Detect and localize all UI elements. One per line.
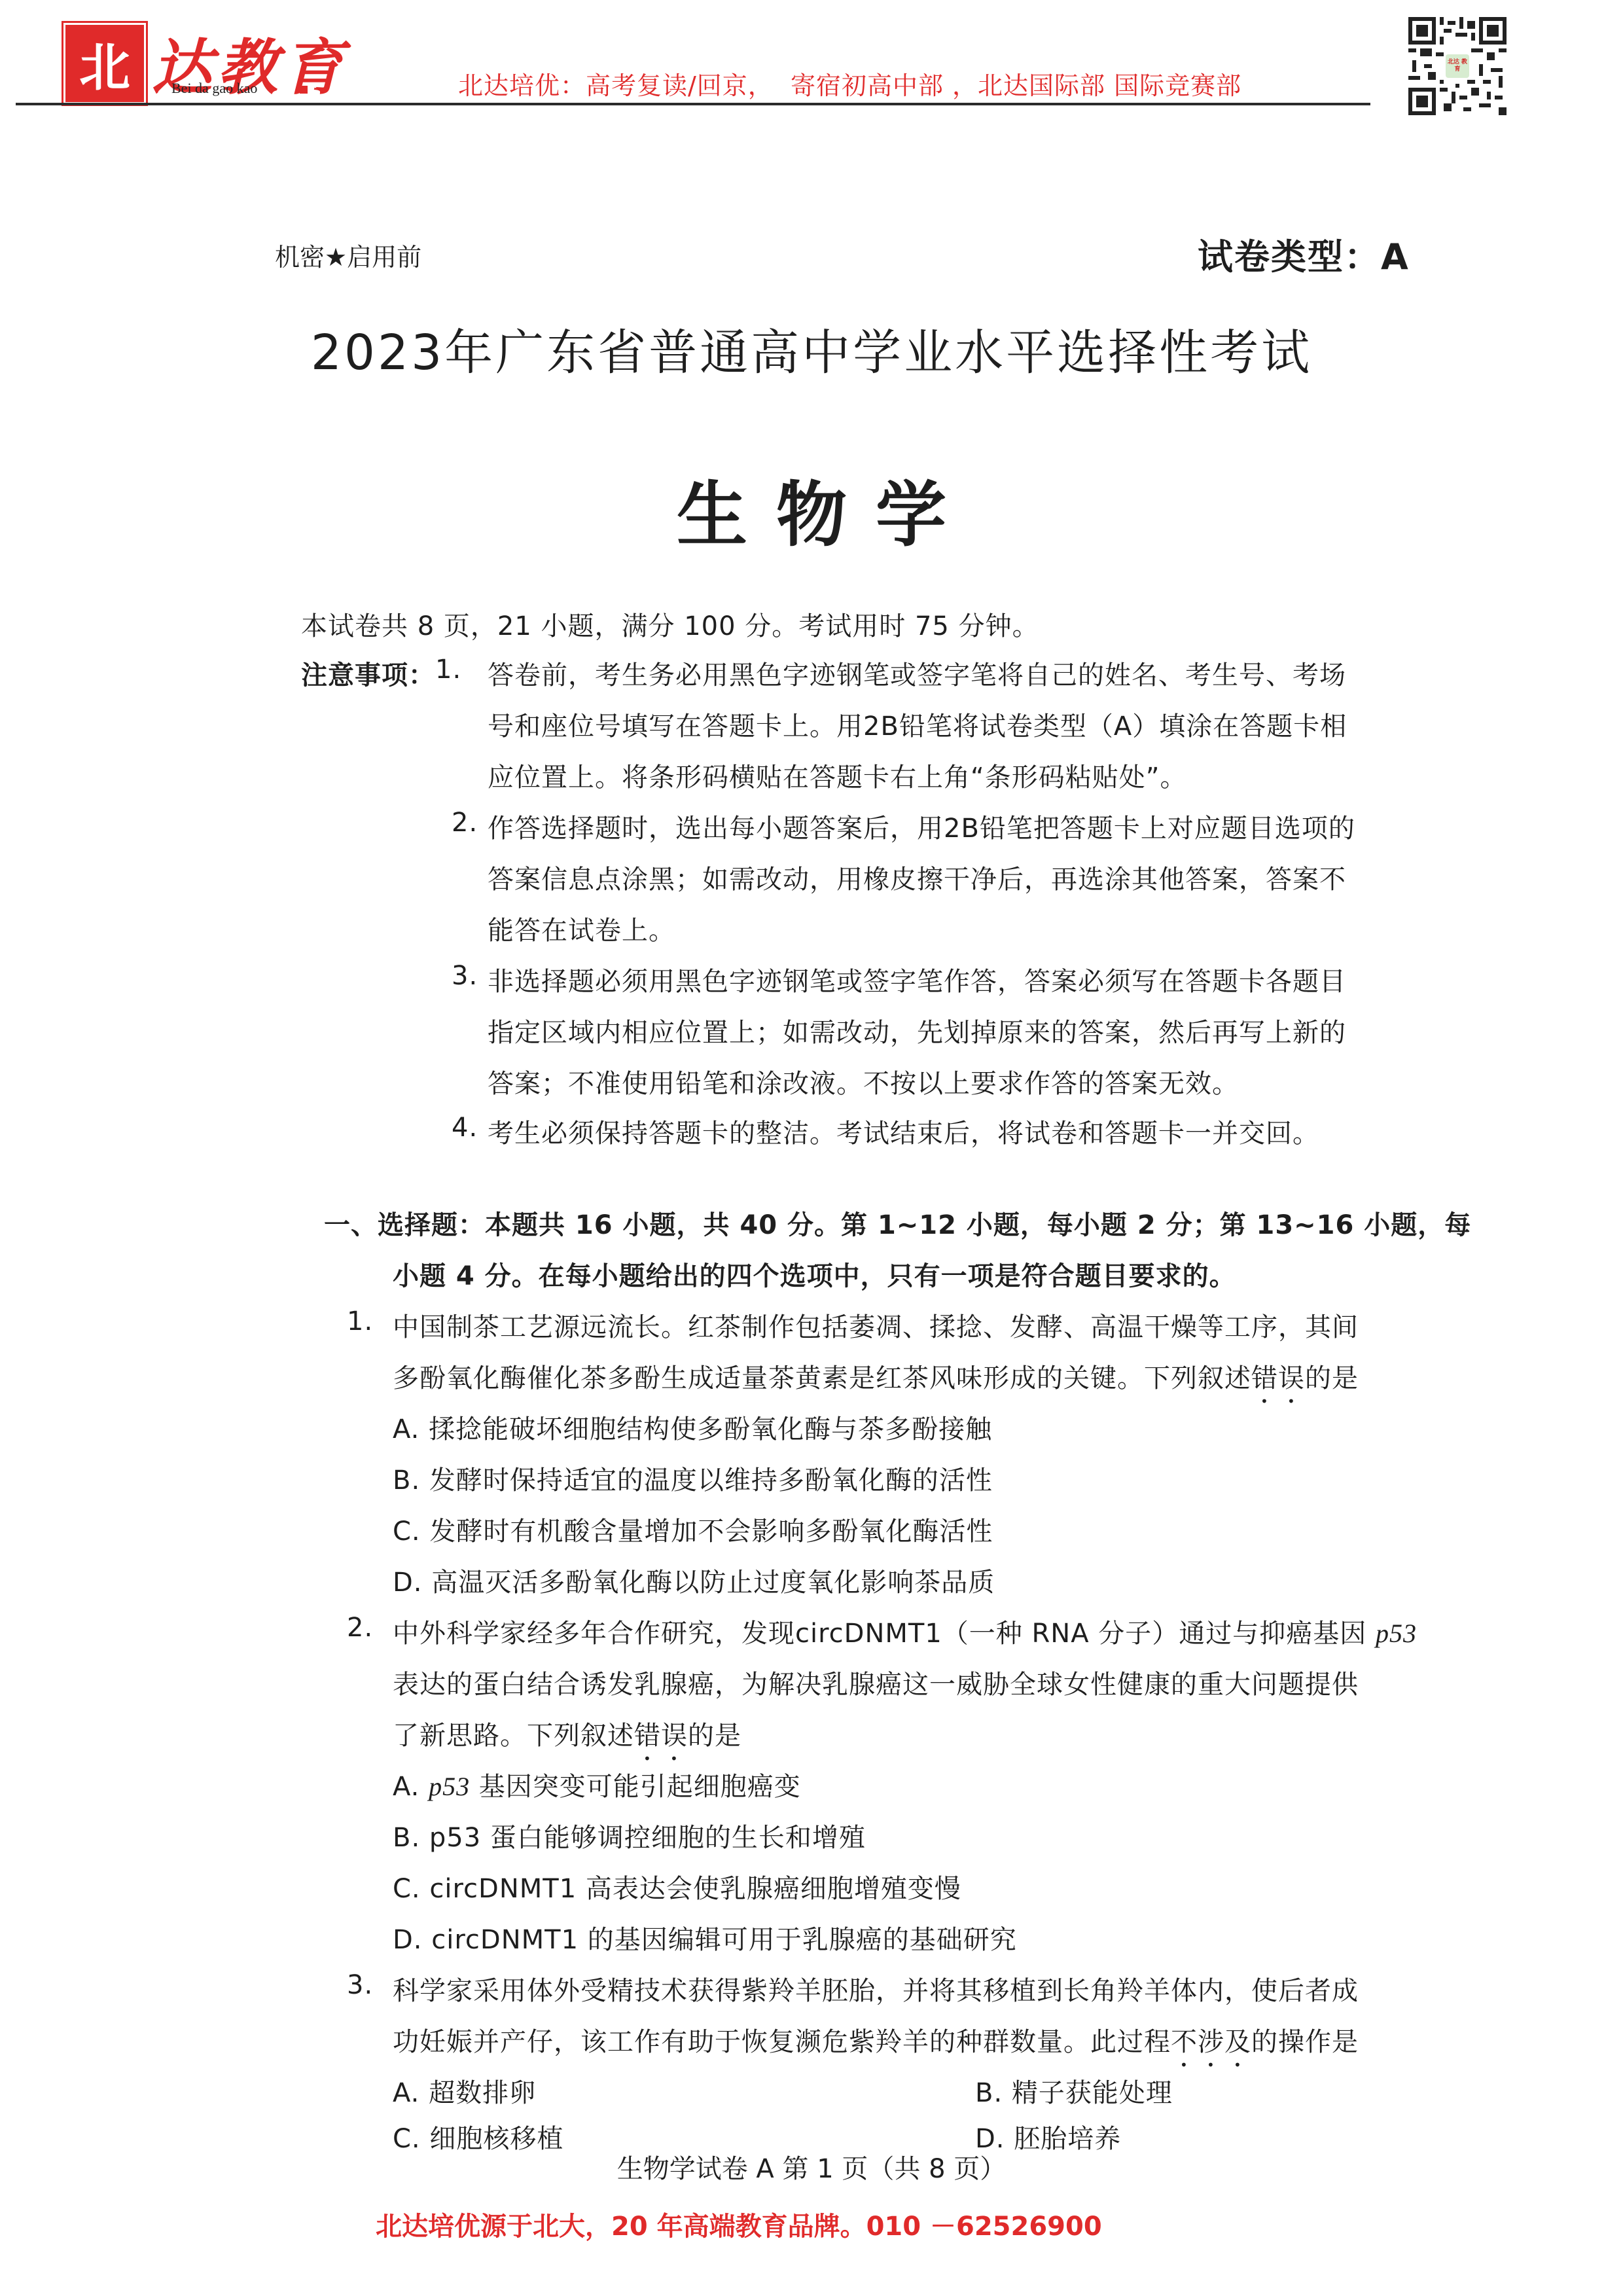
brand-logo-mark: 北 [65,25,144,102]
paper-type-label: 试卷类型：A [1198,229,1410,279]
question-stem: 功妊娠并产仔，该工作有助于恢复濒危紫羚羊的种群数量。此过程不涉及的操作是 [393,2021,1359,2073]
question-number: 1. [347,1306,373,1336]
option-a[interactable]: A. 揉捻能破坏细胞结构使多酚氧化酶与茶多酚接触 [393,1408,992,1446]
gene-name: p53 [429,1772,470,1801]
option-text: 揉捻能破坏细胞结构使多酚氧化酶与茶多酚接触 [429,1414,992,1444]
option-label: B. [393,1823,420,1853]
question-number: 3. [347,1970,373,2000]
option-text: circDNMT1 高表达会使乳腺癌细胞增殖变慢 [429,1874,961,1904]
note-line: 指定区域内相应位置上；如需改动，先划掉原来的答案，然后再写上新的 [488,1012,1346,1049]
note-line: 答案；不准使用铅笔和涂改液。不按以上要求作答的答案无效。 [488,1063,1239,1100]
option-text: 高温灭活多酚氧化酶以防止过度氧化影响茶品质 [431,1568,995,1598]
stem-text: 的操作是 [1251,2027,1359,2057]
confidential-label: 机密★启用前 [275,237,421,273]
gene-name: p53 [1376,1619,1417,1648]
option-text: circDNMT1 的基因编辑可用于乳腺癌的基础研究 [431,1925,1017,1955]
stem-text: 功妊娠并产仔，该工作有助于恢复濒危紫羚羊的种群数量。此过程 [393,2027,1171,2057]
note-number: 1. [435,655,461,685]
option-label: B. [975,2078,1003,2108]
option-text: 基因突变可能引起细胞癌变 [470,1772,801,1802]
section-heading-cont: 小题 4 分。在每小题给出的四个选项中，只有一项是符合题目要求的。 [393,1255,1236,1293]
note-number: 4. [452,1113,478,1143]
question-stem: 中国制茶工艺源远流长。红茶制作包括萎凋、揉捻、发酵、高温干燥等工序，其间 [393,1306,1359,1344]
page-number-label: 生物学试卷 A 第 1 页（共 8 页） [0,2148,1623,2185]
option-label: A. [393,1772,419,1802]
question-number: 2. [347,1613,373,1643]
note-line: 能答在试卷上。 [488,910,675,947]
note-number: 2. [452,808,478,838]
header-slogan: 北达培优：高考复读/回京， 寄宿初高中部 ，北达国际部 国际竞赛部 [458,65,1241,101]
option-label: B. [393,1465,420,1496]
option-label: A. [393,1414,419,1444]
notes-label: 注意事项： [301,655,435,692]
option-label: D. [393,1925,423,1955]
option-d[interactable]: D. 高温灭活多酚氧化酶以防止过度氧化影响茶品质 [393,1562,995,1599]
logo-square-icon [300,86,308,94]
qr-center-logo: 北达 教育 [1446,54,1469,78]
stem-text: 的是 [1305,1363,1359,1393]
option-label: D. [393,1568,423,1598]
option-b[interactable]: B. p53 蛋白能够调控细胞的生长和增殖 [393,1817,866,1854]
option-d[interactable]: D. circDNMT1 的基因编辑可用于乳腺癌的基础研究 [393,1919,1017,1956]
note-line: 号和座位号填写在答题卡上。用2B铅笔将试卷类型（A）填涂在答题卡相 [488,706,1347,743]
note-number: 3. [452,961,478,991]
stem-text: 了新思路。下列叙述 [393,1721,634,1751]
header-divider [16,103,1370,105]
question-stem: 了新思路。下列叙述错误的是 [393,1715,741,1767]
note-line: 非选择题必须用黑色字迹钢笔或签字笔作答，答案必须写在答题卡各题目 [488,961,1346,998]
question-stem: 科学家采用体外受精技术获得紫羚羊胚胎，并将其移植到长角羚羊体内，使后者成 [393,1970,1359,2007]
option-c[interactable]: C. 发酵时有机酸含量增加不会影响多酚氧化酶活性 [393,1511,993,1548]
option-b[interactable]: B. 发酵时保持适宜的温度以维持多酚氧化酶的活性 [393,1460,993,1497]
note-line: 答卷前，考生务必用黑色字迹钢笔或签字笔将自己的姓名、考生号、考场 [488,655,1346,692]
stem-emphasis: 不涉及 [1171,2027,1251,2057]
note-line: 答案信息点涂黑；如需改动，用橡皮擦干净后，再选涂其他答案，答案不 [488,859,1346,896]
option-a[interactable]: A. 超数排卵 [393,2072,536,2109]
stem-emphasis: 错误 [1251,1363,1305,1393]
question-stem: 表达的蛋白结合诱发乳腺癌，为解决乳腺癌这一威胁全球女性健康的重大问题提供 [393,1664,1359,1701]
subject-title: 生物学 [0,458,1623,560]
option-label: A. [393,2078,419,2108]
exam-overview: 本试卷共 8 页，21 小题，满分 100 分。考试用时 75 分钟。 [301,605,1039,643]
logo-mark-char: 北 [79,27,130,100]
option-text: 超数排卵 [429,2078,536,2108]
option-text: 发酵时保持适宜的温度以维持多酚氧化酶的活性 [429,1465,993,1496]
stem-text: 中外科学家经多年合作研究，发现circDNMT1（一种 RNA 分子）通过与抑癌… [393,1619,1376,1649]
note-line: 作答选择题时，选出每小题答案后，用2B铅笔把答题卡上对应题目选项的 [488,808,1355,845]
option-text: 发酵时有机酸含量增加不会影响多酚氧化酶活性 [429,1516,993,1547]
stem-text: 的是 [688,1721,741,1751]
question-stem: 中外科学家经多年合作研究，发现circDNMT1（一种 RNA 分子）通过与抑癌… [393,1613,1417,1650]
note-line: 应位置上。将条形码横贴在答题卡右上角“条形码粘贴处”。 [488,757,1186,794]
option-b[interactable]: B. 精子获能处理 [975,2072,1173,2109]
option-label: C. [393,1516,421,1547]
option-text: p53 蛋白能够调控细胞的生长和增殖 [429,1823,866,1853]
brand-logo-pinyin: Bei da gao kao [171,80,257,97]
note-line: 考生必须保持答题卡的整洁。考试结束后，将试卷和答题卡一并交回。 [488,1113,1319,1150]
stem-text: 多酚氧化酶催化茶多酚生成适量茶黄素是红茶风味形成的关键。下列叙述 [393,1363,1251,1393]
section-heading: 一、选择题：本题共 16 小题，共 40 分。第 1~12 小题，每小题 2 分… [324,1204,1471,1242]
option-a[interactable]: A. p53 基因突变可能引起细胞癌变 [393,1766,801,1803]
option-c[interactable]: C. circDNMT1 高表达会使乳腺癌细胞增殖变慢 [393,1868,961,1905]
footer-slogan: 北达培优源于北大，20 年高端教育品牌。010 －62526900 [376,2206,1102,2243]
question-stem: 多酚氧化酶催化茶多酚生成适量茶黄素是红茶风味形成的关键。下列叙述错误的是 [393,1357,1359,1409]
exam-title: 2023年广东省普通高中学业水平选择性考试 [0,314,1623,384]
qr-code-icon[interactable]: 北达 教育 [1408,17,1507,115]
option-text: 精子获能处理 [1012,2078,1173,2108]
stem-emphasis: 错误 [634,1721,688,1751]
option-label: C. [393,1874,421,1904]
